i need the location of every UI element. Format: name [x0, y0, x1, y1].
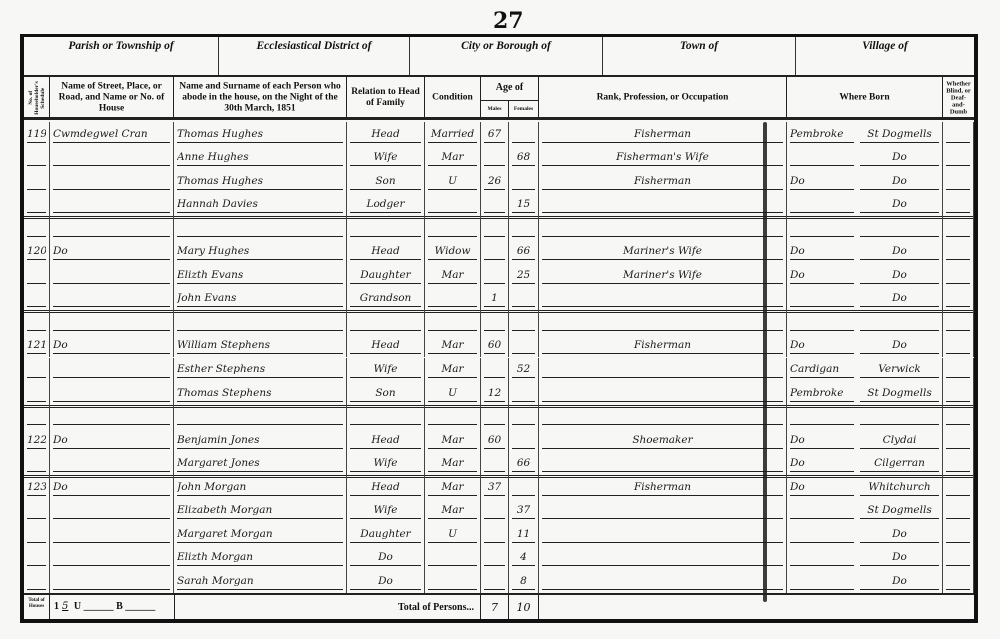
cell-schedule: 120 — [24, 240, 50, 264]
condition-value: Widow — [428, 244, 477, 260]
district-city: City or Borough of — [410, 37, 603, 75]
cell-schedule: 122 — [24, 428, 50, 452]
cell-male-age — [481, 263, 509, 287]
relation-value: Daughter — [350, 527, 421, 543]
cell-occupation — [539, 522, 787, 546]
name-value: Elizth Morgan — [177, 550, 343, 566]
cell-born-parish: Verwick — [857, 358, 943, 382]
cell-occupation: Fisherman — [539, 334, 787, 358]
cell-street — [50, 310, 174, 334]
col-header-occupation-text: Rank, Profession, or Occupation — [541, 92, 784, 103]
totals-footer: Total of Houses 15 U ______ B ______ Tot… — [24, 593, 974, 621]
total-houses-values: 15 U ______ B ______ — [54, 601, 155, 612]
schedule-value — [27, 268, 46, 284]
cell-born-parish: Do — [857, 287, 943, 311]
occupation-value: Shoemaker — [542, 433, 783, 449]
blind-value — [946, 150, 970, 166]
born-parish-value: Do — [860, 550, 939, 566]
condition-value — [428, 409, 477, 425]
cell-name: Thomas Stephens — [174, 381, 347, 405]
cell-born-county — [787, 146, 857, 170]
name-value: Thomas Stephens — [177, 386, 343, 402]
born-parish-value: Do — [860, 150, 939, 166]
occupation-value: Mariner's Wife — [542, 268, 783, 284]
name-value: Mary Hughes — [177, 244, 343, 260]
male-age-value — [484, 574, 505, 590]
district-parish-label: Parish or Township of — [24, 40, 218, 52]
name-value: William Stephens — [177, 338, 343, 354]
cell-schedule — [24, 169, 50, 193]
male-age-value — [484, 409, 505, 425]
cell-born-parish: St Dogmells — [857, 122, 943, 146]
born-county-value: Do — [790, 480, 854, 496]
schedule-value — [27, 527, 46, 543]
cell-blind — [943, 287, 974, 311]
cell-street: Do — [50, 475, 174, 499]
table-row: 123DoJohn MorganHeadMar37FishermanDoWhit… — [24, 475, 974, 499]
condition-value: U — [428, 527, 477, 543]
cell-born-parish: Do — [857, 334, 943, 358]
male-age-value: 60 — [484, 338, 505, 354]
cell-female-age — [509, 122, 539, 146]
cell-female-age: 68 — [509, 146, 539, 170]
male-age-value — [484, 197, 505, 213]
total-males: 7 — [481, 595, 509, 621]
cell-male-age — [481, 240, 509, 264]
born-parish-value: St Dogmells — [860, 127, 939, 143]
blind-value — [946, 550, 970, 566]
cell-occupation — [539, 569, 787, 593]
street-value — [53, 386, 170, 402]
condition-value: Mar — [428, 338, 477, 354]
cell-born-county — [787, 522, 857, 546]
cell-female-age — [509, 334, 539, 358]
cell-schedule — [24, 522, 50, 546]
name-value: Elizabeth Morgan — [177, 503, 343, 519]
born-parish-value — [860, 221, 939, 237]
cell-born-county: Do — [787, 169, 857, 193]
born-parish-value: St Dogmells — [860, 503, 939, 519]
cell-schedule — [24, 193, 50, 217]
male-age-value — [484, 315, 505, 331]
male-age-value — [484, 362, 505, 378]
cell-male-age — [481, 216, 509, 240]
condition-value: Mar — [428, 456, 477, 472]
blind-value — [946, 197, 970, 213]
table-row: Esther StephensWifeMar52CardiganVerwick — [24, 358, 974, 382]
born-county-value: Do — [790, 338, 854, 354]
born-county-value: Cardigan — [790, 362, 854, 378]
born-parish-value: Do — [860, 174, 939, 190]
name-value — [177, 221, 343, 237]
name-value: John Evans — [177, 291, 343, 307]
occupation-value — [542, 386, 783, 402]
cell-condition: Mar — [425, 334, 481, 358]
street-value — [53, 503, 170, 519]
name-value: Sarah Morgan — [177, 574, 343, 590]
occupation-value — [542, 221, 783, 237]
relation-value — [350, 221, 421, 237]
condition-value: Mar — [428, 150, 477, 166]
street-value — [53, 197, 170, 213]
cell-blind — [943, 216, 974, 240]
condition-value: Mar — [428, 433, 477, 449]
born-county-value: Pembroke — [790, 127, 854, 143]
cell-born-county: Do — [787, 240, 857, 264]
occupation-value: Fisherman — [542, 338, 783, 354]
cell-female-age: 37 — [509, 499, 539, 523]
name-value: Benjamin Jones — [177, 433, 343, 449]
relation-value: Grandson — [350, 291, 421, 307]
cell-male-age: 60 — [481, 428, 509, 452]
cell-street — [50, 193, 174, 217]
cell-born-county: Pembroke — [787, 122, 857, 146]
female-age-value: 11 — [512, 527, 535, 543]
cell-street — [50, 263, 174, 287]
occupation-value: Mariner's Wife — [542, 244, 783, 260]
page-number: 27 — [493, 8, 524, 34]
cell-blind — [943, 428, 974, 452]
cell-occupation — [539, 216, 787, 240]
born-county-value — [790, 291, 854, 307]
cell-blind — [943, 310, 974, 334]
cell-blind — [943, 405, 974, 429]
name-value: Anne Hughes — [177, 150, 343, 166]
col-header-street-text: Name of Street, Place, or Road, and Name… — [52, 81, 171, 114]
cell-blind — [943, 240, 974, 264]
female-age-value: 66 — [512, 456, 535, 472]
district-ecclesiastical: Ecclesiastical District of — [219, 37, 410, 75]
male-age-value — [484, 268, 505, 284]
condition-value: Married — [428, 127, 477, 143]
cell-condition: U — [425, 381, 481, 405]
cell-born-county: Do — [787, 452, 857, 476]
relation-value: Wife — [350, 503, 421, 519]
relation-value: Do — [350, 574, 421, 590]
blind-value — [946, 456, 970, 472]
cell-occupation: Mariner's Wife — [539, 263, 787, 287]
cell-born-parish — [857, 405, 943, 429]
cell-female-age: 25 — [509, 263, 539, 287]
table-row: Elizth MorganDo4Do — [24, 546, 974, 570]
cell-relation — [347, 310, 425, 334]
cell-occupation — [539, 287, 787, 311]
cell-condition: U — [425, 522, 481, 546]
cell-born-parish: Do — [857, 146, 943, 170]
street-value — [53, 527, 170, 543]
male-age-value — [484, 244, 505, 260]
col-header-relation: Relation to Head of Family — [347, 77, 425, 118]
female-age-value — [512, 127, 535, 143]
cell-born-parish: St Dogmells — [857, 499, 943, 523]
born-county-value — [790, 527, 854, 543]
relation-value: Son — [350, 174, 421, 190]
cell-relation: Son — [347, 381, 425, 405]
street-value — [53, 315, 170, 331]
cell-born-county — [787, 193, 857, 217]
cell-street — [50, 381, 174, 405]
cell-male-age — [481, 146, 509, 170]
cell-born-parish: Cilgerran — [857, 452, 943, 476]
cell-name: Esther Stephens — [174, 358, 347, 382]
occupation-value — [542, 574, 783, 590]
cell-relation: Do — [347, 569, 425, 593]
cell-schedule — [24, 569, 50, 593]
schedule-value — [27, 386, 46, 402]
born-county-value: Do — [790, 244, 854, 260]
ink-margin-stroke — [763, 122, 767, 602]
female-age-value — [512, 221, 535, 237]
cell-occupation — [539, 452, 787, 476]
born-county-value: Pembroke — [790, 386, 854, 402]
cell-blind — [943, 499, 974, 523]
cell-occupation — [539, 405, 787, 429]
born-parish-value: Verwick — [860, 362, 939, 378]
cell-name: Mary Hughes — [174, 240, 347, 264]
cell-occupation: Fisherman's Wife — [539, 146, 787, 170]
cell-female-age: 52 — [509, 358, 539, 382]
born-parish-value: Cilgerran — [860, 456, 939, 472]
female-age-value — [512, 480, 535, 496]
cell-schedule — [24, 146, 50, 170]
total-persons-label: Total of Persons... — [174, 595, 481, 621]
schedule-value: 123 — [27, 480, 46, 496]
born-parish-value: Do — [860, 268, 939, 284]
female-age-value: 8 — [512, 574, 535, 590]
cell-condition: Widow — [425, 240, 481, 264]
born-county-value: Do — [790, 268, 854, 284]
cell-schedule — [24, 358, 50, 382]
street-value — [53, 456, 170, 472]
cell-relation: Daughter — [347, 263, 425, 287]
cell-born-parish: Do — [857, 263, 943, 287]
table-row: 120DoMary HughesHeadWidow66Mariner's Wif… — [24, 240, 974, 264]
born-county-value: Do — [790, 456, 854, 472]
cell-name — [174, 310, 347, 334]
cell-female-age — [509, 381, 539, 405]
cell-relation: Wife — [347, 358, 425, 382]
cell-male-age — [481, 546, 509, 570]
cell-born-parish — [857, 216, 943, 240]
col-header-where-born: Where Born — [787, 77, 943, 118]
female-age-value — [512, 174, 535, 190]
blind-value — [946, 409, 970, 425]
cell-condition: Mar — [425, 428, 481, 452]
male-age-value — [484, 550, 505, 566]
relation-value: Do — [350, 550, 421, 566]
occupation-value — [542, 503, 783, 519]
cell-name — [174, 216, 347, 240]
occupation-value — [542, 550, 783, 566]
cell-blind — [943, 358, 974, 382]
cell-blind — [943, 146, 974, 170]
cell-name: William Stephens — [174, 334, 347, 358]
relation-value: Head — [350, 480, 421, 496]
cell-female-age: 15 — [509, 193, 539, 217]
cell-schedule: 119 — [24, 122, 50, 146]
occupation-value — [542, 527, 783, 543]
condition-value — [428, 197, 477, 213]
col-header-where-born-text: Where Born — [789, 92, 940, 103]
cell-condition — [425, 405, 481, 429]
schedule-value: 122 — [27, 433, 46, 449]
male-age-value — [484, 503, 505, 519]
cell-female-age: 66 — [509, 240, 539, 264]
col-header-relation-text: Relation to Head of Family — [349, 87, 422, 109]
cell-relation: Grandson — [347, 287, 425, 311]
male-age-value: 37 — [484, 480, 505, 496]
schedule-value — [27, 197, 46, 213]
born-parish-value: Do — [860, 244, 939, 260]
schedule-value — [27, 409, 46, 425]
name-value: Margaret Jones — [177, 456, 343, 472]
street-value: Do — [53, 433, 170, 449]
female-age-value — [512, 291, 535, 307]
district-header: Parish or Township of Ecclesiastical Dis… — [24, 37, 974, 75]
table-row: Margaret JonesWifeMar66DoCilgerran — [24, 452, 974, 479]
cell-born-county: Pembroke — [787, 381, 857, 405]
blind-value — [946, 574, 970, 590]
total-houses-label: Total of Houses — [24, 595, 50, 621]
name-value: John Morgan — [177, 480, 343, 496]
schedule-value — [27, 456, 46, 472]
born-county-value — [790, 221, 854, 237]
cell-born-county — [787, 569, 857, 593]
cell-born-county — [787, 546, 857, 570]
blind-value — [946, 433, 970, 449]
male-age-value: 26 — [484, 174, 505, 190]
street-value — [53, 362, 170, 378]
relation-value: Head — [350, 244, 421, 260]
table-row — [24, 405, 974, 429]
col-header-condition: Condition — [425, 77, 481, 118]
cell-female-age: 8 — [509, 569, 539, 593]
female-age-value — [512, 433, 535, 449]
born-parish-value — [860, 409, 939, 425]
schedule-value — [27, 315, 46, 331]
blind-value — [946, 503, 970, 519]
born-parish-value: Do — [860, 197, 939, 213]
cell-street — [50, 358, 174, 382]
cell-relation: Head — [347, 122, 425, 146]
cell-occupation — [539, 499, 787, 523]
cell-born-parish: Do — [857, 569, 943, 593]
cell-born-parish: Do — [857, 240, 943, 264]
cell-blind — [943, 475, 974, 499]
cell-relation: Son — [347, 169, 425, 193]
schedule-value — [27, 503, 46, 519]
cell-female-age — [509, 169, 539, 193]
cell-blind — [943, 334, 974, 358]
cell-male-age: 60 — [481, 334, 509, 358]
occupation-value — [542, 409, 783, 425]
condition-value — [428, 221, 477, 237]
schedule-value — [27, 174, 46, 190]
cell-name: Elizth Morgan — [174, 546, 347, 570]
female-age-value: 25 — [512, 268, 535, 284]
cell-male-age — [481, 193, 509, 217]
born-county-value — [790, 503, 854, 519]
relation-value: Head — [350, 433, 421, 449]
schedule-value — [27, 574, 46, 590]
col-header-condition-text: Condition — [427, 92, 478, 103]
col-header-schedule: No. of Householder's Schedule — [24, 77, 50, 118]
cell-street: Do — [50, 240, 174, 264]
cell-schedule: 123 — [24, 475, 50, 499]
condition-value: U — [428, 174, 477, 190]
cell-male-age: 1 — [481, 287, 509, 311]
cell-blind — [943, 381, 974, 405]
cell-condition: Mar — [425, 146, 481, 170]
cell-condition — [425, 310, 481, 334]
schedule-value: 121 — [27, 338, 46, 354]
houses-prefix: 1 — [54, 601, 59, 612]
cell-street: Cwmdegwel Cran — [50, 122, 174, 146]
cell-street — [50, 569, 174, 593]
cell-blind — [943, 522, 974, 546]
name-value: Margaret Morgan — [177, 527, 343, 543]
cell-occupation — [539, 381, 787, 405]
street-value — [53, 150, 170, 166]
district-parish: Parish or Township of — [24, 37, 219, 75]
cell-schedule: 121 — [24, 334, 50, 358]
cell-schedule — [24, 546, 50, 570]
col-header-females: Females — [509, 101, 539, 118]
cell-condition — [425, 287, 481, 311]
cell-male-age: 12 — [481, 381, 509, 405]
cell-female-age — [509, 310, 539, 334]
district-town: Town of — [603, 37, 796, 75]
cell-street: Do — [50, 428, 174, 452]
cell-street — [50, 287, 174, 311]
cell-born-county — [787, 310, 857, 334]
female-age-value: 68 — [512, 150, 535, 166]
cell-born-parish: St Dogmells — [857, 381, 943, 405]
blind-value — [946, 480, 970, 496]
district-ecclesiastical-label: Ecclesiastical District of — [219, 40, 409, 52]
cell-female-age — [509, 405, 539, 429]
cell-born-county: Cardigan — [787, 358, 857, 382]
male-age-value: 60 — [484, 433, 505, 449]
male-age-value — [484, 221, 505, 237]
condition-value — [428, 550, 477, 566]
street-value: Do — [53, 338, 170, 354]
cell-female-age: 4 — [509, 546, 539, 570]
name-value — [177, 315, 343, 331]
cell-relation: Head — [347, 475, 425, 499]
male-age-value: 12 — [484, 386, 505, 402]
cell-relation — [347, 405, 425, 429]
cell-born-parish: Whitchurch — [857, 475, 943, 499]
street-value — [53, 221, 170, 237]
born-county-value — [790, 409, 854, 425]
blind-value — [946, 362, 970, 378]
col-header-males: Males — [481, 101, 509, 118]
born-parish-value: Do — [860, 527, 939, 543]
cell-schedule — [24, 310, 50, 334]
cell-occupation: Fisherman — [539, 169, 787, 193]
cell-name: Elizabeth Morgan — [174, 499, 347, 523]
female-age-value: 66 — [512, 244, 535, 260]
district-town-label: Town of — [603, 40, 795, 52]
cell-name: Sarah Morgan — [174, 569, 347, 593]
cell-male-age — [481, 310, 509, 334]
district-village: Village of — [796, 37, 974, 75]
blind-value — [946, 268, 970, 284]
cell-relation: Daughter — [347, 522, 425, 546]
relation-value: Wife — [350, 362, 421, 378]
cell-name: Margaret Jones — [174, 452, 347, 476]
